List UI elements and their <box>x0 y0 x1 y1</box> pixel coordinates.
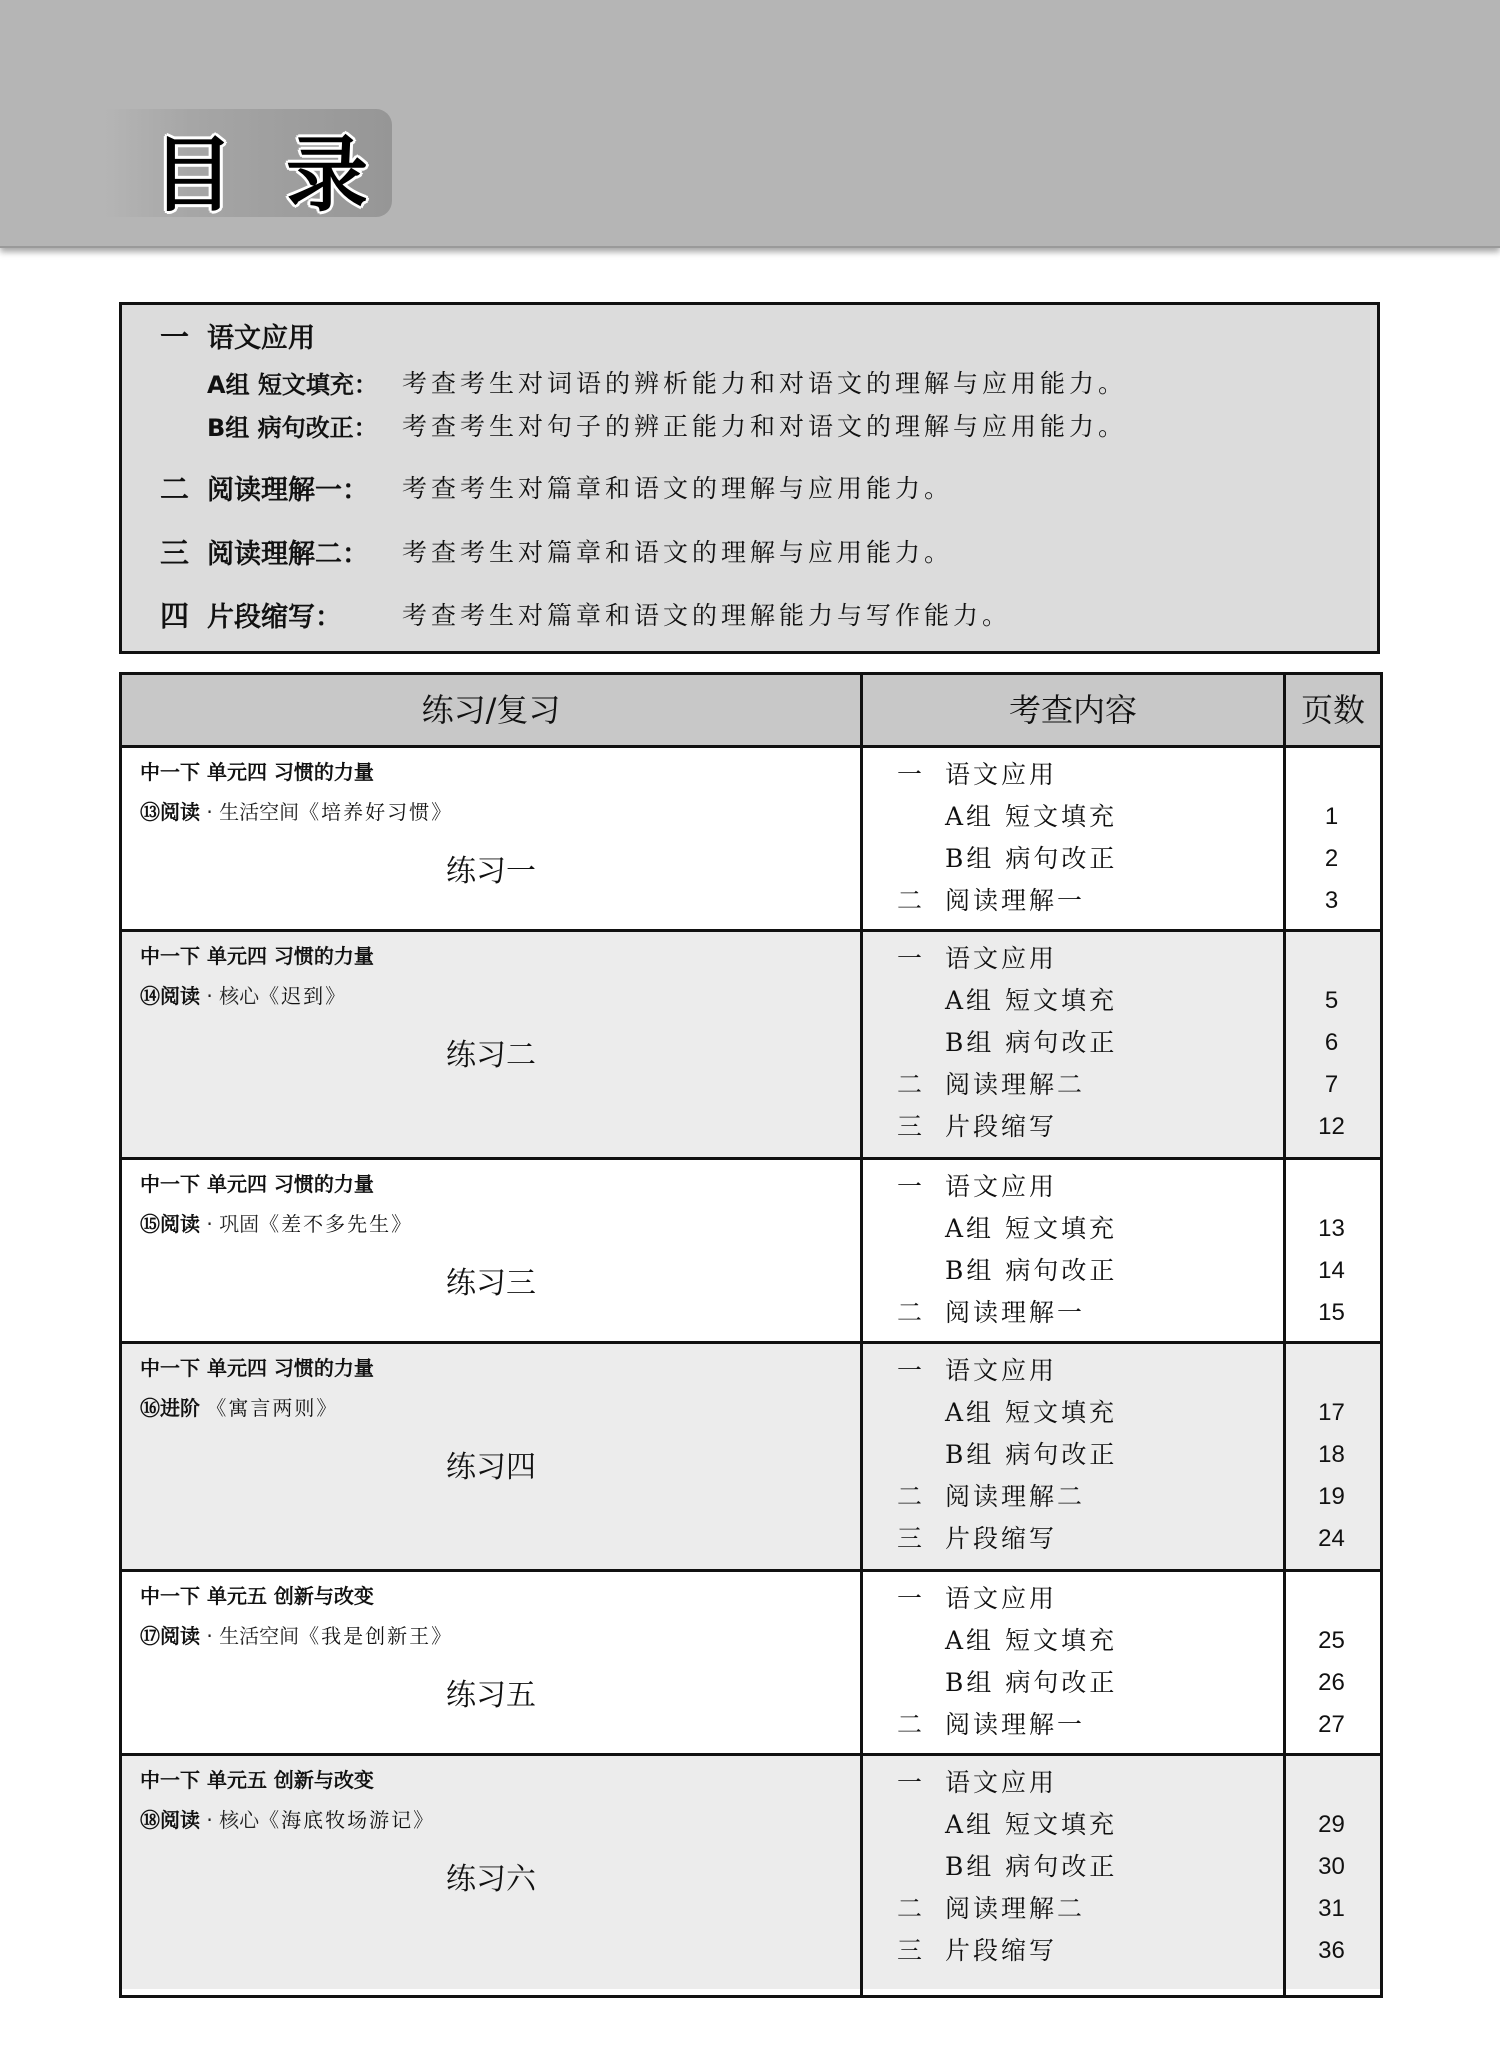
lesson-category: · 生活空间 <box>200 800 299 824</box>
page-number[interactable]: 27 <box>1283 1704 1380 1746</box>
page-list: 29 30 31 36 <box>1283 1762 1380 1972</box>
exercise-title: 练习四 <box>122 1442 860 1486</box>
lesson-title: 《寓言两则》 <box>206 1396 338 1420</box>
page-number[interactable] <box>1283 1578 1380 1620</box>
page-number[interactable]: 3 <box>1283 880 1380 922</box>
toc-table: 练习/复习 考查内容 页数 中一下 单元四 习惯的力量 ⑬阅读 · 生活空间《培… <box>119 672 1383 1998</box>
section-label: 语文应用 <box>207 316 315 355</box>
page-number[interactable]: 1 <box>1283 796 1380 838</box>
lesson-label: ⑬阅读 · 生活空间《培养好习惯》 <box>140 796 453 825</box>
page-number[interactable]: 29 <box>1283 1804 1380 1846</box>
section-number: 四 <box>160 594 189 635</box>
lesson-type: 阅读 <box>160 1624 200 1648</box>
lesson-label: ⑮阅读 · 巩固《差不多先生》 <box>140 1208 413 1237</box>
lesson-title: 《迟到》 <box>259 984 347 1008</box>
lesson-label: ⑰阅读 · 生活空间《我是创新王》 <box>140 1620 453 1649</box>
lesson-title: 《培养好习惯》 <box>299 800 453 824</box>
lesson-category: · 巩固 <box>200 1212 259 1236</box>
exercise-title: 练习二 <box>122 1030 860 1074</box>
page-list: 5 6 7 12 <box>1283 938 1380 1148</box>
lesson-category: · 核心 <box>200 1808 259 1832</box>
page-number[interactable] <box>1283 1166 1380 1208</box>
page-number[interactable]: 25 <box>1283 1620 1380 1662</box>
lesson-type: 阅读 <box>160 1808 200 1832</box>
section-label: 阅读理解二： <box>207 532 369 571</box>
section-label: B组 病句改正： <box>207 408 378 443</box>
exercise-title: 练习五 <box>122 1670 860 1714</box>
overview-box: 一 语文应用 A组 短文填充： 考查考生对词语的辨析能力和对语文的理解与应用能力… <box>119 302 1380 654</box>
lesson-type: 阅读 <box>160 984 200 1008</box>
page-number[interactable]: 12 <box>1283 1106 1380 1148</box>
unit-label: 中一下 单元四 习惯的力量 <box>140 940 374 969</box>
lesson-label: ⑭阅读 · 核心《迟到》 <box>140 980 347 1009</box>
page-number[interactable]: 19 <box>1283 1476 1380 1518</box>
page-number[interactable]: 30 <box>1283 1846 1380 1888</box>
section-number: 一 <box>160 315 189 356</box>
table-row[interactable]: 中一下 单元五 创新与改变 ⑰阅读 · 生活空间《我是创新王》 练习五 一语文应… <box>122 1572 1380 1756</box>
section-description: 考查考生对篇章和语文的理解与应用能力。 <box>402 469 953 505</box>
page-number[interactable]: 31 <box>1283 1888 1380 1930</box>
unit-label: 中一下 单元四 习惯的力量 <box>140 1352 374 1381</box>
page-number[interactable]: 7 <box>1283 1064 1380 1106</box>
lesson-title: 《差不多先生》 <box>259 1212 413 1236</box>
page-number[interactable]: 15 <box>1283 1292 1380 1334</box>
section-description: 考查考生对词语的辨析能力和对语文的理解与应用能力。 <box>402 364 1127 400</box>
page-number[interactable] <box>1283 1762 1380 1804</box>
page-number[interactable]: 24 <box>1283 1518 1380 1560</box>
lesson-number: ⑱ <box>140 1808 160 1832</box>
lesson-number: ⑮ <box>140 1212 160 1236</box>
exercise-title: 练习一 <box>122 846 860 890</box>
page-number[interactable]: 2 <box>1283 838 1380 880</box>
page-number[interactable]: 18 <box>1283 1434 1380 1476</box>
lesson-category: · 核心 <box>200 984 259 1008</box>
page-title: 目录 <box>152 110 420 227</box>
lesson-type: 阅读 <box>160 1212 200 1236</box>
page-list: 25 26 27 <box>1283 1578 1380 1746</box>
page-number[interactable]: 17 <box>1283 1392 1380 1434</box>
page-number[interactable]: 36 <box>1283 1930 1380 1972</box>
exercise-title: 练习六 <box>122 1854 860 1898</box>
lesson-category: · 生活空间 <box>200 1624 299 1648</box>
exercise-title: 练习三 <box>122 1258 860 1302</box>
lesson-title: 《海底牧场游记》 <box>259 1808 435 1832</box>
page-number[interactable] <box>1283 754 1380 796</box>
header-exercise: 练习/复习 <box>122 675 860 745</box>
lesson-label: ⑯进阶 《寓言两则》 <box>140 1392 338 1421</box>
section-label: 阅读理解一： <box>207 468 369 507</box>
lesson-number: ⑭ <box>140 984 160 1008</box>
lesson-number: ⑯ <box>140 1396 160 1420</box>
header-pages: 页数 <box>1286 675 1380 745</box>
table-row[interactable]: 中一下 单元五 创新与改变 ⑱阅读 · 核心《海底牧场游记》 练习六 一语文应用… <box>122 1756 1380 1989</box>
lesson-title: 《我是创新王》 <box>299 1624 453 1648</box>
page-number[interactable]: 14 <box>1283 1250 1380 1292</box>
lesson-label: ⑱阅读 · 核心《海底牧场游记》 <box>140 1804 435 1833</box>
page-number[interactable] <box>1283 938 1380 980</box>
page-number[interactable]: 26 <box>1283 1662 1380 1704</box>
table-header: 练习/复习 考查内容 页数 <box>122 675 1380 748</box>
page-number[interactable]: 5 <box>1283 980 1380 1022</box>
unit-label: 中一下 单元四 习惯的力量 <box>140 756 374 785</box>
page-list: 17 18 19 24 <box>1283 1350 1380 1560</box>
table-row[interactable]: 中一下 单元四 习惯的力量 ⑬阅读 · 生活空间《培养好习惯》 练习一 一语文应… <box>122 748 1380 932</box>
table-row[interactable]: 中一下 单元四 习惯的力量 ⑮阅读 · 巩固《差不多先生》 练习三 一语文应用 … <box>122 1160 1380 1344</box>
unit-label: 中一下 单元五 创新与改变 <box>140 1764 374 1793</box>
table-row[interactable]: 中一下 单元四 习惯的力量 ⑯进阶 《寓言两则》 练习四 一语文应用 A组 短文… <box>122 1344 1380 1572</box>
section-description: 考查考生对句子的辨正能力和对语文的理解与应用能力。 <box>402 407 1127 443</box>
lesson-type: 阅读 <box>160 800 200 824</box>
lesson-number: ⑬ <box>140 800 160 824</box>
page-list: 1 2 3 <box>1283 754 1380 922</box>
section-description: 考查考生对篇章和语文的理解与应用能力。 <box>402 533 953 569</box>
page-number[interactable]: 6 <box>1283 1022 1380 1064</box>
column-divider <box>860 675 863 1995</box>
unit-label: 中一下 单元五 创新与改变 <box>140 1580 374 1609</box>
lesson-number: ⑰ <box>140 1624 160 1648</box>
table-row[interactable]: 中一下 单元四 习惯的力量 ⑭阅读 · 核心《迟到》 练习二 一语文应用 A组 … <box>122 932 1380 1160</box>
section-label: A组 短文填充： <box>207 365 378 400</box>
page-number[interactable] <box>1283 1350 1380 1392</box>
section-number: 三 <box>160 531 189 572</box>
lesson-type: 进阶 <box>160 1396 200 1420</box>
page-list: 13 14 15 <box>1283 1166 1380 1334</box>
header-content: 考查内容 <box>863 675 1283 745</box>
column-divider <box>1283 675 1286 1995</box>
section-number: 二 <box>160 467 189 508</box>
page-number[interactable]: 13 <box>1283 1208 1380 1250</box>
section-description: 考查考生对篇章和语文的理解能力与写作能力。 <box>402 596 1011 632</box>
section-label: 片段缩写： <box>207 595 342 634</box>
unit-label: 中一下 单元四 习惯的力量 <box>140 1168 374 1197</box>
